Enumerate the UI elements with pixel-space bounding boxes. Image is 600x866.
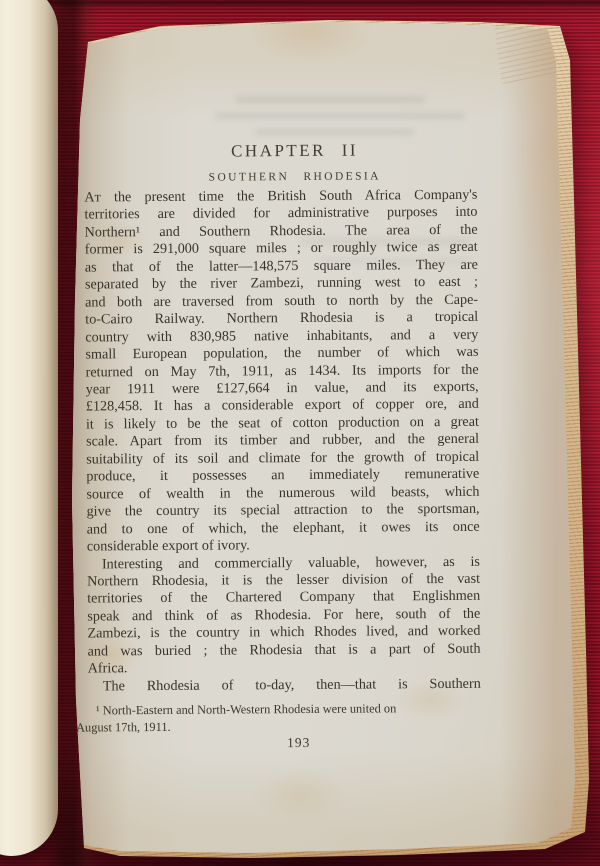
text-line: and to one of which, the elephant, it ow… bbox=[87, 518, 480, 538]
text-line: small European population, the number of… bbox=[85, 344, 478, 364]
printed-text-layer: CHAPTER II SOUTHERN RHODESIA Aᴛ the pres… bbox=[0, 0, 600, 866]
text-line: to-Cairo Railway. Northern Rhodesia is a… bbox=[85, 309, 478, 329]
section-heading: SOUTHERN RHODESIA bbox=[98, 170, 491, 185]
footnote: ¹ North-Eastern and North-Western Rhodes… bbox=[76, 700, 482, 737]
text-line: and was buried ; the Rhodesia that is a … bbox=[87, 641, 480, 661]
text-line: give the country its special attraction … bbox=[87, 501, 480, 521]
body-text: Aᴛ the present time the British South Af… bbox=[84, 187, 481, 696]
page-number: 193 bbox=[102, 734, 495, 753]
book-photo-stage: CHAPTER II SOUTHERN RHODESIA Aᴛ the pres… bbox=[0, 0, 600, 866]
text-line: The Rhodesia of to-day, then—that is Sou… bbox=[88, 675, 481, 695]
chapter-heading: CHAPTER II bbox=[98, 140, 491, 163]
